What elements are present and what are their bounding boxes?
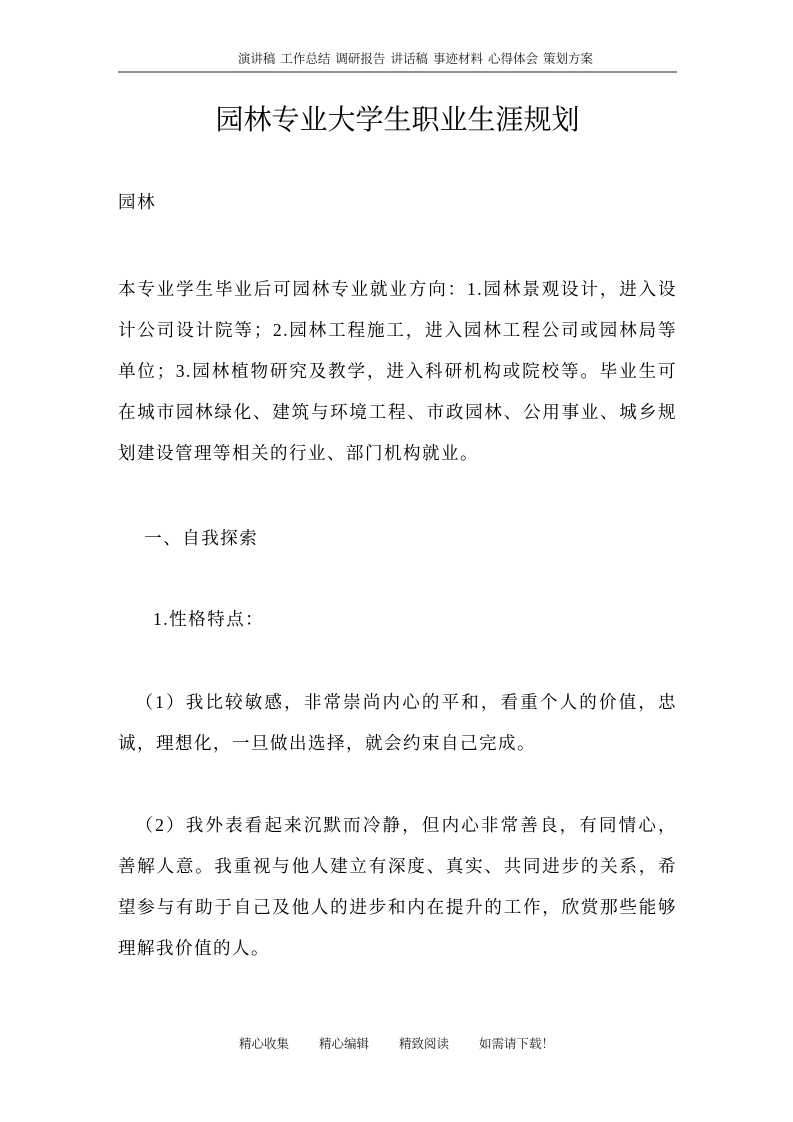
document-page: 演讲稿 工作总结 调研报告 讲话稿 事迹材料 心得体会 策划方案 园林专业大学生… [0, 0, 793, 1122]
doc-body: 园林专业大学生职业生涯规划 园林 本专业学生毕业后可园林专业就业方向：1.园林景… [0, 99, 793, 969]
footer-item-download: 如需请下载！ [479, 1036, 554, 1052]
subsection-heading-personality: 1.性格特点： [118, 599, 677, 640]
nav-link-planning-scheme[interactable]: 策划方案 [543, 52, 593, 67]
nav-link-deeds-material[interactable]: 事迹材料 [433, 52, 483, 67]
footer-item-collect: 精心收集 [239, 1036, 289, 1052]
footer-item-read: 精致阅读 [399, 1036, 449, 1052]
nav-link-experience[interactable]: 心得体会 [488, 52, 538, 67]
section-heading-self-exploration: 一、自我探索 [118, 518, 677, 559]
header-divider [118, 71, 677, 73]
footer-item-edit: 精心编辑 [319, 1036, 369, 1052]
doc-footer: 精心收集 精心编辑 精致阅读 如需请下载！ [0, 1036, 793, 1052]
trait-paragraph-2: （2）我外表看起来沉默而冷静，但内心非常善良，有同情心，善解人意。我重视与他人建… [118, 805, 677, 969]
nav-link-speech-draft[interactable]: 演讲稿 [238, 52, 276, 67]
nav-link-talk-draft[interactable]: 讲话稿 [390, 52, 428, 67]
trait-paragraph-1: （1）我比较敏感，非常崇尚内心的平和，看重个人的价值，忠诚，理想化，一旦做出选择… [118, 682, 677, 764]
nav-link-work-summary[interactable]: 工作总结 [280, 52, 330, 67]
page-title: 园林专业大学生职业生涯规划 [118, 99, 677, 143]
header-nav: 演讲稿 工作总结 调研报告 讲话稿 事迹材料 心得体会 策划方案 [118, 52, 677, 71]
doc-header: 演讲稿 工作总结 调研报告 讲话稿 事迹材料 心得体会 策划方案 [0, 0, 793, 73]
employment-paragraph: 本专业学生毕业后可园林专业就业方向：1.园林景观设计，进入设计公司设计院等；2.… [118, 269, 677, 474]
header-inner: 演讲稿 工作总结 调研报告 讲话稿 事迹材料 心得体会 策划方案 [118, 52, 677, 73]
intro-word-paragraph: 园林 [118, 182, 677, 223]
nav-link-research-report[interactable]: 调研报告 [335, 52, 385, 67]
